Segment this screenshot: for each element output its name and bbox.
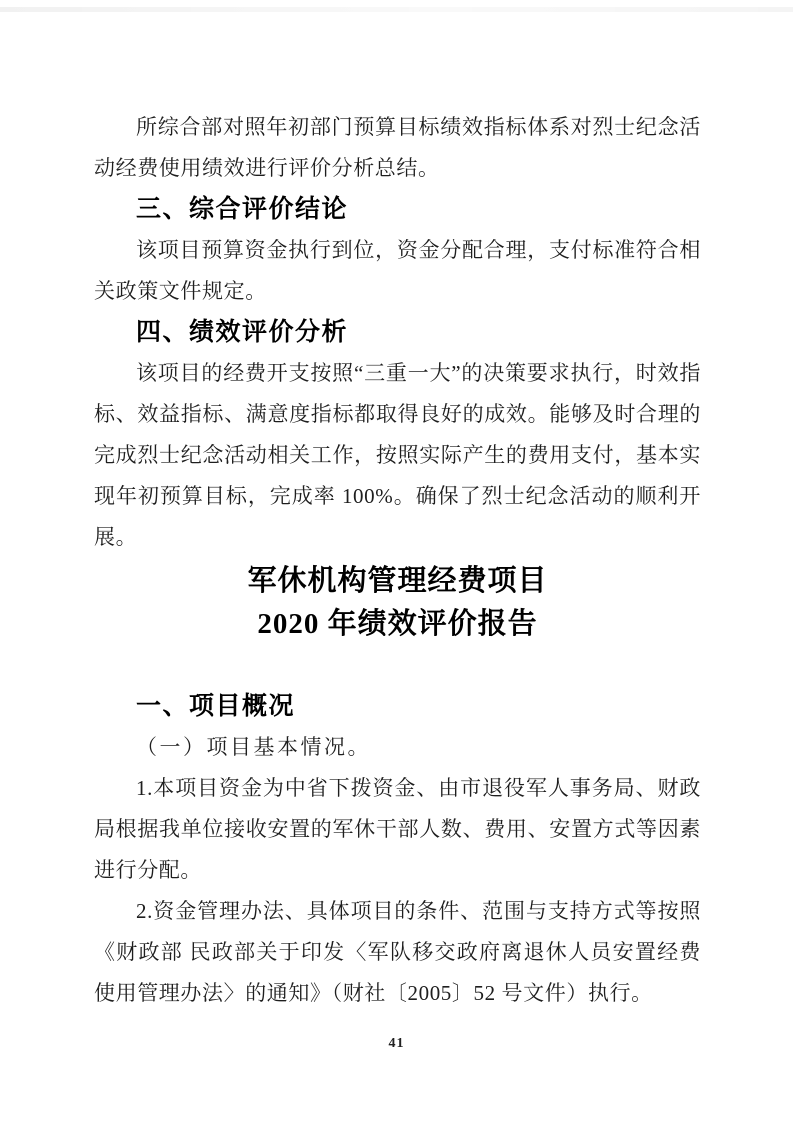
document-content: 所综合部对照年初部门预算目标绩效指标体系对烈士纪念活动经费使用绩效进行评价分析总… bbox=[94, 107, 701, 1014]
paragraph-funding-source: 1.本项目资金为中省下拨资金、由市退役军人事务局、财政局根据我单位接收安置的军休… bbox=[94, 768, 701, 891]
paragraph-fund-management-measures: 2.资金管理办法、具体项目的条件、范围与支持方式等按照《财政部 民政部关于印发〈… bbox=[94, 891, 701, 1014]
paragraph-analysis: 该项目的经费开支按照“三重一大”的决策要求执行，时效指标、效益指标、满意度指标都… bbox=[94, 353, 701, 558]
heading-project-overview: 一、项目概况 bbox=[94, 686, 701, 727]
paragraph-summary: 所综合部对照年初部门预算目标绩效指标体系对烈士纪念活动经费使用绩效进行评价分析总… bbox=[94, 107, 701, 189]
subheading-project-basic-info: （一）项目基本情况。 bbox=[94, 727, 701, 768]
paragraph-conclusion: 该项目预算资金执行到位，资金分配合理，支付标准符合相关政策文件规定。 bbox=[94, 230, 701, 312]
report-title-line-1: 军休机构管理经费项目 bbox=[94, 560, 701, 603]
heading-overall-conclusion: 三、综合评价结论 bbox=[94, 189, 701, 230]
document-page: 所综合部对照年初部门预算目标绩效指标体系对烈士纪念活动经费使用绩效进行评价分析总… bbox=[0, 0, 793, 1122]
scan-artifact-band bbox=[0, 7, 793, 12]
page-number: 41 bbox=[0, 1036, 793, 1052]
report-title: 军休机构管理经费项目 2020 年绩效评价报告 bbox=[94, 560, 701, 646]
report-title-line-2: 2020 年绩效评价报告 bbox=[94, 603, 701, 646]
heading-performance-analysis: 四、绩效评价分析 bbox=[94, 312, 701, 353]
